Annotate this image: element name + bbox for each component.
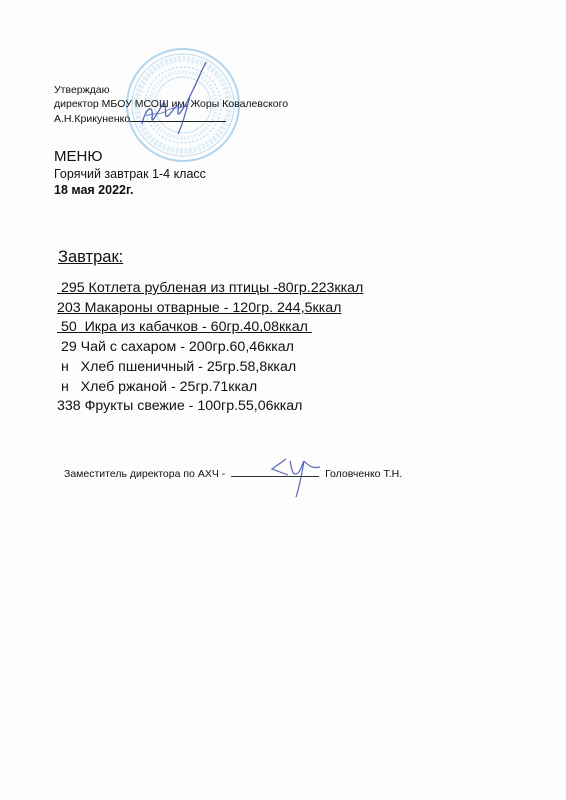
deputy-name: Головченко Т.Н. [325,468,402,480]
menu-item: н Хлеб пшеничный - 25гр.58,8ккал [57,358,363,378]
menu-item: 295 Котлета рубленая из птицы -80гр.223к… [57,279,363,299]
menu-item: 50 Икра из кабачков - 60гр.40,08ккал [57,318,363,338]
menu-item: 203 Макароны отварные - 120гр. 244,5ккал [57,299,363,319]
menu-item: н Хлеб ржаной - 25гр.71ккал [57,378,363,398]
menu-subtitle: Горячий завтрак 1-4 класс [54,167,206,181]
director-signature-icon [132,56,212,136]
section-heading-breakfast: Завтрак: [58,248,123,267]
menu-item: 29 Чай с сахаром - 200гр.60,46ккал [57,338,363,358]
deputy-signature-block: Заместитель директора по АХЧ - Головченк… [64,467,402,480]
page-title: МЕНЮ [54,148,103,165]
approval-signer: А.Н.Крикуненко [54,113,130,125]
deputy-signature-icon [268,455,328,500]
menu-date: 18 мая 2022г. [54,183,133,197]
menu-item: 338 Фрукты свежие - 100гр.55,06ккал [57,397,363,417]
menu-list: 295 Котлета рубленая из птицы -80гр.223к… [57,279,363,417]
deputy-label: Заместитель директора по АХЧ - [64,468,225,480]
